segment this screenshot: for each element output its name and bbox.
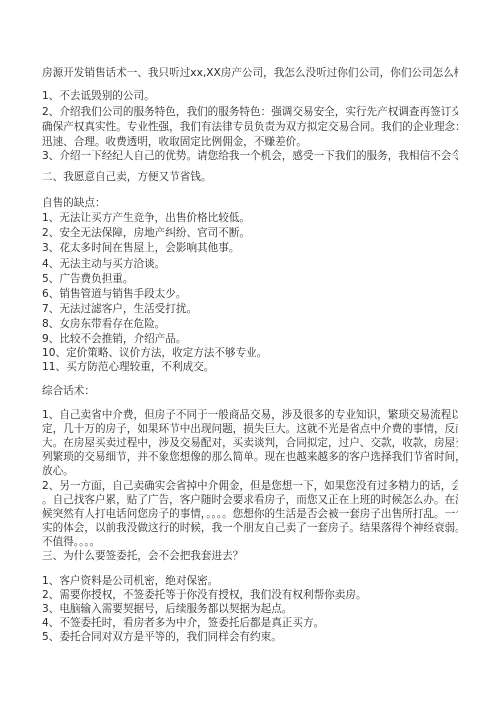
section-3-item: 4、不签委托时，看房者多为中介，签委托后都是真正买方。: [42, 616, 458, 630]
script-2-line-4: 实的体会，以前我没做这行的时候，我一个朋友自己卖了一套房子。结果落得个神经衰弱。…: [42, 521, 458, 535]
section-1-item-2-line-1: 2、介绍我们公司的服务特色，我们的服务特色：强调交易安全，实行先产权调查再签订交…: [42, 105, 458, 119]
section-3-item: 2、需要你授权，不签委托等于你没有授权，我们没有权利帮你卖房。: [42, 588, 458, 602]
document-page: 房源开发销售话术一、我只听过xx,XX房产公司，我怎么没听过你们公司，你们公司怎…: [0, 0, 500, 708]
section-3-item: 5、委托合同对双方是平等的，我们同样会有约束。: [42, 630, 458, 644]
section-3-item: 3、电脑输入需要契据号，后续服务都以契据为起点。: [42, 602, 458, 616]
section-1-item-1: 1、不去诋毁别的公司。: [42, 89, 458, 103]
script-1-line-3: 大。在房屋买卖过程中，涉及交易配对，买卖谈判，合同拟定，过户、交款，收款，房屋交…: [42, 436, 458, 450]
drawback-item: 11、买方防范心理较重，不利成交。: [42, 360, 458, 374]
drawback-item: 8、女房东带看存在危险。: [42, 317, 458, 331]
script-1-line-1: 1、自己卖省中介费，但房子不同于一般商品交易，涉及很多的专业知识，繁琐交易流程以…: [42, 408, 458, 422]
drawback-item: 4、无法主动与买方洽谈。: [42, 257, 458, 271]
drawback-item: 1、无法让买方产生竞争，出售价格比较低。: [42, 211, 458, 225]
section-3-heading: 三、为什么要签委托，会不会把我套进去？: [42, 549, 458, 563]
drawback-item: 2、安全无法保障，房地产纠纷、官司不断。: [42, 226, 458, 240]
scripts-heading: 综合话术：: [42, 384, 458, 398]
drawback-item: 5、广告费负担重。: [42, 272, 458, 286]
section-1-item-3: 3、介绍一下经纪人自己的优势。请您给我一个机会，感受一下我们的服务，我相信不会令…: [42, 149, 458, 163]
drawback-item: 10、定价策略、议价方法，收定方法不够专业。: [42, 346, 458, 360]
drawback-item: 9、比较不会推销，介绍产品。: [42, 332, 458, 346]
section-1-item-2-line-2: 确保产权真实性。专业性强，我们有法律专员负责为双方拟定交易合同。我们的企业理念：…: [42, 120, 458, 134]
script-1-line-2: 定，几十万的房子，如果环节中出现问题，损失巨大。这就不光是省点中介费的事情，反而…: [42, 422, 458, 436]
script-2-line-5: 不值得。。。。: [42, 535, 458, 549]
script-1-line-4: 列繁琐的交易细节，并不象您想像的那么简单。现在也越来越多的客户选择我们节省时间，…: [42, 450, 458, 464]
document-title-question: 房源开发销售话术一、我只听过xx,XX房产公司，我怎么没听过你们公司，你们公司怎…: [42, 66, 458, 80]
drawback-item: 7、无法过滤客户，生活受打扰。: [42, 302, 458, 316]
section-2-heading: 二、我愿意自己卖，方便又节省钱。: [42, 170, 458, 184]
drawback-item: 3、花太多时间在售屋上，会影响其他事。: [42, 241, 458, 255]
script-2-line-2: 。自己找客户累，贴了广告，客户随时会要求看房子，而您又正在上班的时候怎么办。在深…: [42, 493, 458, 507]
script-2-line-3: 候突然有人打电话问您房子的事情，。。。。您想你的生活是否会被一套房子出售所打乱。…: [42, 507, 458, 521]
script-2-line-1: 2、另一方面，自己卖确实会省掉中介佣金，但是您想一下，如果您没有过多精力的话，会…: [42, 479, 458, 493]
drawback-item: 6、销售管道与销售手段太少。: [42, 287, 458, 301]
script-1-line-5: 放心。: [42, 464, 458, 478]
section-3-item: 1、客户资料是公司机密，绝对保密。: [42, 574, 458, 588]
drawbacks-heading: 自售的缺点：: [42, 196, 458, 210]
section-1-item-2-line-3: 迅速、合理。收费透明，收取固定比例佣金，不赚差价。: [42, 135, 458, 149]
